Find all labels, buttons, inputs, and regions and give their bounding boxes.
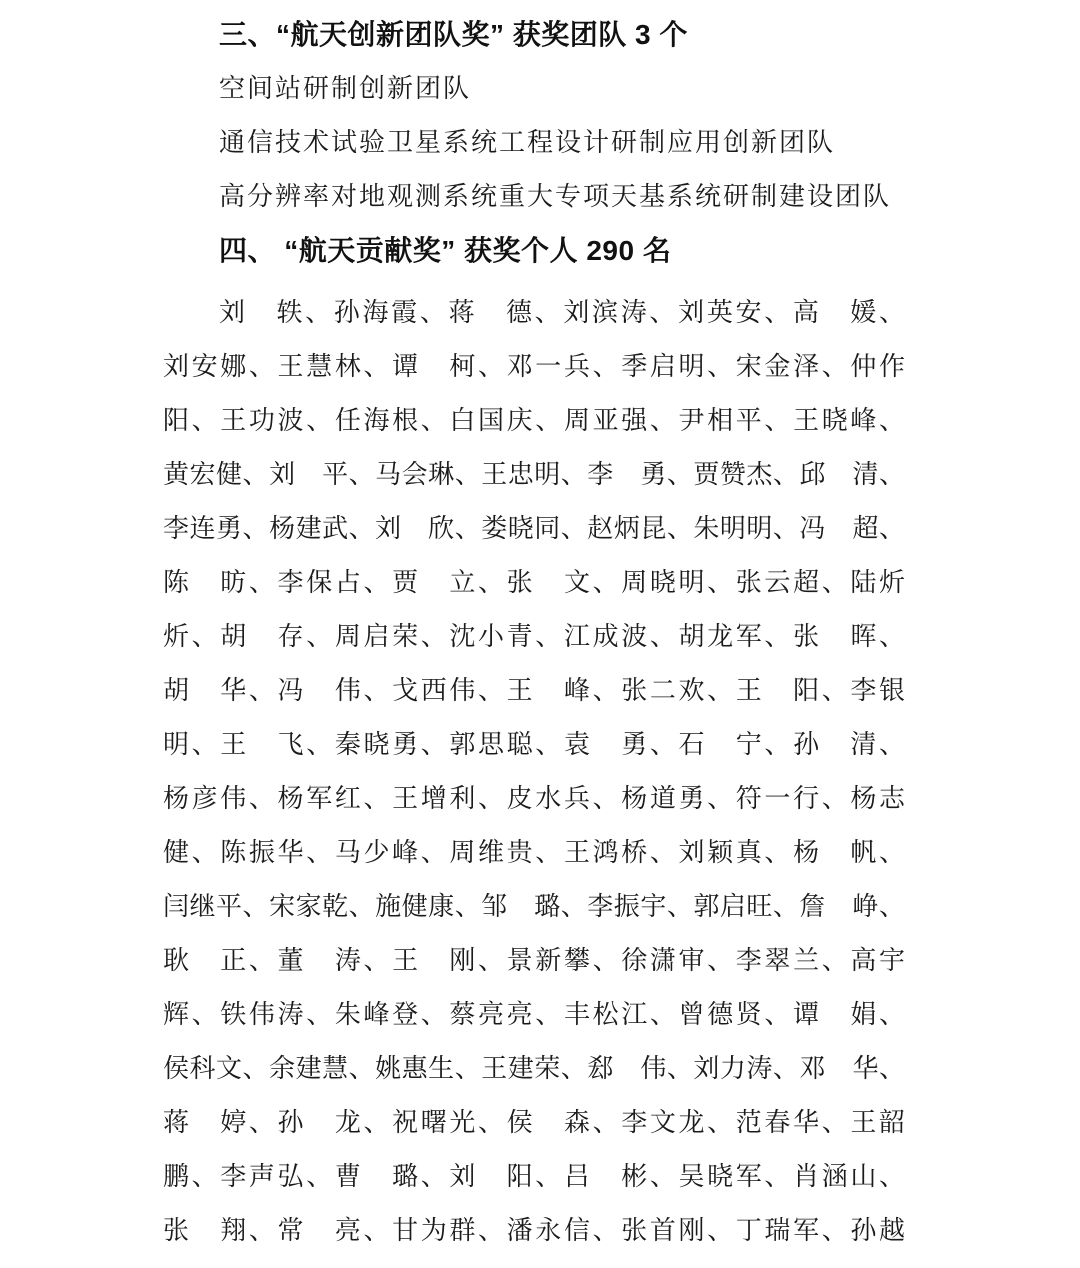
- winner-name-line: 健、陈振华、马少峰、周维贵、王鸿桥、刘颖真、杨 帆、: [163, 826, 905, 880]
- winner-name-line: 鹏、李声弘、曹 璐、刘 阳、吕 彬、吴晓军、肖涵山、: [163, 1150, 905, 1204]
- winner-name-list: 刘 轶、孙海霞、蒋 德、刘滨涛、刘英安、高 媛、刘安娜、王慧林、谭 柯、邓一兵、…: [163, 286, 905, 1258]
- section-heading-innovation-team-award: 三、“航天创新团队奖” 获奖团队 3 个: [163, 8, 905, 62]
- team-name-line: 空间站研制创新团队: [163, 62, 905, 116]
- winner-name-line: 刘安娜、王慧林、谭 柯、邓一兵、季启明、宋金泽、仲作: [163, 340, 905, 394]
- winner-name-line: 刘 轶、孙海霞、蒋 德、刘滨涛、刘英安、高 媛、: [163, 286, 905, 340]
- section-heading-contribution-award: 四、 “航天贡献奖” 获奖个人 290 名: [163, 224, 905, 278]
- winner-name-line: 李连勇、杨建武、刘 欣、娄晓同、赵炳昆、朱明明、冯 超、: [163, 502, 905, 556]
- winner-name-line: 辉、铁伟涛、朱峰登、蔡亮亮、丰松江、曾德贤、谭 娟、: [163, 988, 905, 1042]
- winner-name-line: 明、王 飞、秦晓勇、郭思聪、袁 勇、石 宁、孙 清、: [163, 718, 905, 772]
- winner-name-line: 杨彦伟、杨军红、王增利、皮水兵、杨道勇、符一行、杨志: [163, 772, 905, 826]
- document-page: 三、“航天创新团队奖” 获奖团队 3 个 空间站研制创新团队通信技术试验卫星系统…: [0, 0, 1080, 1258]
- winner-name-line: 胡 华、冯 伟、戈西伟、王 峰、张二欢、王 阳、李银: [163, 664, 905, 718]
- winner-name-line: 耿 正、董 涛、王 刚、景新攀、徐潇审、李翠兰、高宇: [163, 934, 905, 988]
- team-name-line: 通信技术试验卫星系统工程设计研制应用创新团队: [163, 116, 905, 170]
- winner-name-line: 侯科文、余建慧、姚惠生、王建荣、郄 伟、刘力涛、邓 华、: [163, 1042, 905, 1096]
- winner-name-line: 张 翔、常 亮、甘为群、潘永信、张首刚、丁瑞军、孙越: [163, 1204, 905, 1258]
- team-name-line: 高分辨率对地观测系统重大专项天基系统研制建设团队: [163, 170, 905, 224]
- winner-name-line: 蒋 婷、孙 龙、祝曙光、侯 森、李文龙、范春华、王韶: [163, 1096, 905, 1150]
- winner-name-line: 黄宏健、刘 平、马会琳、王忠明、李 勇、贾赞杰、邱 清、: [163, 448, 905, 502]
- winner-name-line: 闫继平、宋家乾、施健康、邹 璐、李振宇、郭启旺、詹 峥、: [163, 880, 905, 934]
- winner-name-line: 炘、胡 存、周启荣、沈小青、江成波、胡龙军、张 晖、: [163, 610, 905, 664]
- winner-name-line: 阳、王功波、任海根、白国庆、周亚强、尹相平、王晓峰、: [163, 394, 905, 448]
- winner-name-line: 陈 昉、李保占、贾 立、张 文、周晓明、张云超、陆炘: [163, 556, 905, 610]
- team-list: 空间站研制创新团队通信技术试验卫星系统工程设计研制应用创新团队高分辨率对地观测系…: [163, 62, 905, 224]
